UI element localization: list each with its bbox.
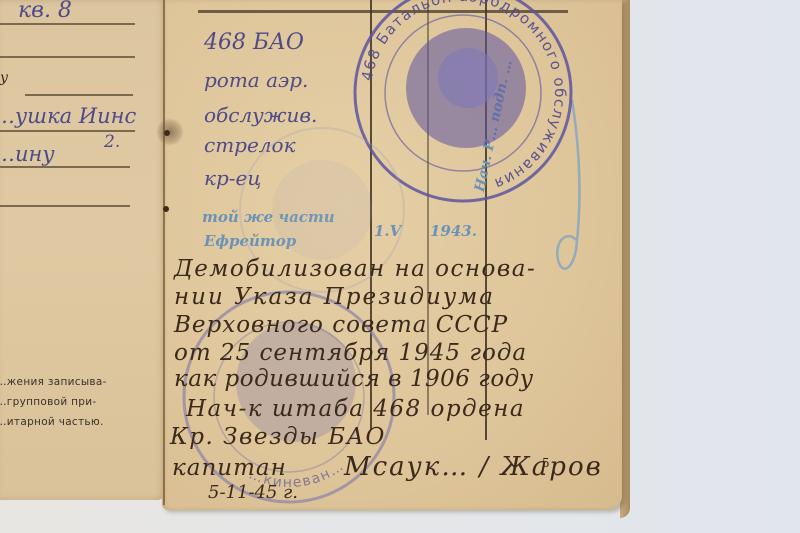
right-page: 468 БАО рота аэр. обслужив. стрелок кр-е…	[162, 0, 622, 510]
issue-date: 5-11-45 г.	[208, 482, 298, 503]
handwritten-name-line: …ушка Иинс	[0, 104, 136, 128]
unit-entry-line: рота аэр.	[204, 68, 308, 92]
printed-text-line: …итарной частью.	[0, 416, 104, 428]
left-page: кв. 8 y …ушка Иинс 2. …ину …жения записы…	[0, 0, 165, 500]
demob-line: Кр. Звезды БАО	[170, 424, 386, 450]
staple-dot	[164, 130, 170, 136]
demob-line: Верховного совета СССР	[174, 312, 508, 338]
handwritten-mark: 2.	[104, 132, 120, 152]
printed-text-line: …жения записыва-	[0, 376, 107, 388]
form-line	[0, 23, 135, 25]
form-mark: y	[0, 70, 8, 86]
printed-text-line: …групповой при-	[0, 396, 96, 408]
demob-line: Нач-к штаба 468 ордена	[186, 396, 525, 422]
booklet-spine	[163, 0, 165, 505]
form-line	[0, 166, 130, 168]
blue-year: 1943.	[430, 222, 477, 240]
demob-line: нии Указа Президиума	[174, 284, 495, 310]
rank-capitan: капитан	[172, 455, 287, 481]
handwritten-line-2: …ину	[0, 142, 55, 166]
staple-hole	[156, 118, 184, 146]
page-number: 5	[542, 456, 550, 470]
staple-dot	[163, 206, 169, 212]
commander-signature: Мсаук… / Жаров	[344, 452, 603, 482]
demob-line: как родившийся в 1906 году	[174, 366, 534, 392]
form-line	[0, 205, 130, 207]
military-booklet: кв. 8 y …ушка Иинс 2. …ину …жения записы…	[0, 0, 630, 525]
unit-entry-line: 468 БАО	[204, 30, 304, 55]
address-fragment: кв. 8	[18, 0, 72, 23]
demob-line: от 25 сентября 1945 года	[174, 340, 527, 366]
demob-line: Демобилизован на основа-	[174, 256, 536, 282]
form-line	[25, 94, 133, 96]
form-line	[0, 56, 135, 58]
